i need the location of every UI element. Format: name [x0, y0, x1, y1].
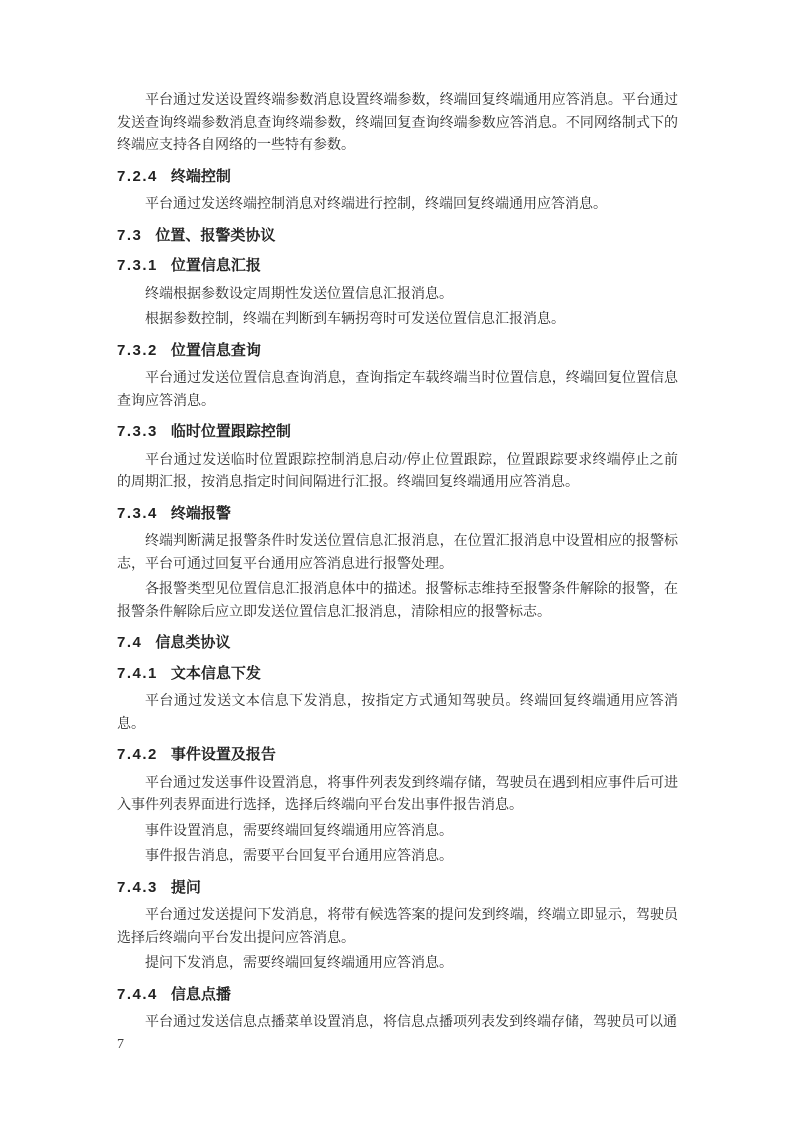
- section-number: 7.2.4: [117, 168, 158, 185]
- section-number: 7.3.1: [117, 257, 158, 274]
- section-heading-7-4-4: 7.4.4信息点播: [117, 984, 678, 1007]
- paragraph: 平台通过发送信息点播菜单设置消息，将信息点播项列表发到终端存储，驾驶员可以通: [117, 1012, 678, 1035]
- section-number: 7.3.3: [117, 423, 158, 440]
- section-title: 文本信息下发: [171, 665, 261, 682]
- paragraph: 平台通过发送提问下发消息，将带有候选答案的提问发到终端，终端立即显示，驾驶员选择…: [117, 905, 678, 950]
- paragraph: 事件设置消息，需要终端回复终端通用应答消息。: [117, 821, 678, 844]
- paragraph: 平台通过发送终端控制消息对终端进行控制，终端回复终端通用应答消息。: [117, 194, 678, 217]
- section-title: 提问: [171, 879, 201, 896]
- section-title: 位置信息查询: [171, 342, 261, 359]
- section-title: 信息类协议: [155, 634, 230, 651]
- section-title: 终端报警: [171, 505, 231, 522]
- section-heading-7-3-4: 7.3.4终端报警: [117, 503, 678, 526]
- section-number: 7.4.4: [117, 986, 158, 1003]
- section-number: 7.4.3: [117, 879, 158, 896]
- section-title: 位置、报警类协议: [155, 227, 275, 244]
- section-number: 7.3.2: [117, 342, 158, 359]
- section-title: 信息点播: [171, 986, 231, 1003]
- document-content: 平台通过发送设置终端参数消息设置终端参数，终端回复终端通用应答消息。平台通过发送…: [117, 90, 678, 1038]
- paragraph: 平台通过发送事件设置消息，将事件列表发到终端存储，驾驶员在遇到相应事件后可进入事…: [117, 773, 678, 818]
- section-title: 终端控制: [171, 168, 231, 185]
- section-heading-7-3-2: 7.3.2位置信息查询: [117, 340, 678, 363]
- section-number: 7.4.2: [117, 746, 158, 763]
- page-number: 7: [117, 1035, 124, 1055]
- section-heading-7-4-1: 7.4.1文本信息下发: [117, 663, 678, 686]
- section-heading-7-2-4: 7.2.4终端控制: [117, 166, 678, 189]
- paragraph: 根据参数控制，终端在判断到车辆拐弯时可发送位置信息汇报消息。: [117, 309, 678, 332]
- section-title: 临时位置跟踪控制: [171, 423, 291, 440]
- section-title: 事件设置及报告: [171, 746, 276, 763]
- paragraph: 平台通过发送临时位置跟踪控制消息启动/停止位置跟踪，位置跟踪要求终端停止之前的周…: [117, 450, 678, 495]
- section-number: 7.3.4: [117, 505, 158, 522]
- section-heading-7-3-1: 7.3.1位置信息汇报: [117, 255, 678, 278]
- section-heading-7-4-3: 7.4.3提问: [117, 877, 678, 900]
- paragraph: 事件报告消息，需要平台回复平台通用应答消息。: [117, 846, 678, 869]
- paragraph: 各报警类型见位置信息汇报消息体中的描述。报警标志维持至报警条件解除的报警，在报警…: [117, 579, 678, 624]
- section-heading-7-4: 7.4信息类协议: [117, 632, 678, 655]
- section-heading-7-4-2: 7.4.2事件设置及报告: [117, 744, 678, 767]
- section-title: 位置信息汇报: [171, 257, 261, 274]
- section-number: 7.4.1: [117, 665, 158, 682]
- paragraph: 平台通过发送文本信息下发消息，按指定方式通知驾驶员。终端回复终端通用应答消息。: [117, 691, 678, 736]
- paragraph: 终端根据参数设定周期性发送位置信息汇报消息。: [117, 284, 678, 307]
- section-heading-7-3: 7.3位置、报警类协议: [117, 225, 678, 248]
- section-number: 7.3: [117, 227, 142, 244]
- section-number: 7.4: [117, 634, 142, 651]
- paragraph: 平台通过发送设置终端参数消息设置终端参数，终端回复终端通用应答消息。平台通过发送…: [117, 90, 678, 158]
- paragraph: 终端判断满足报警条件时发送位置信息汇报消息，在位置汇报消息中设置相应的报警标志，…: [117, 531, 678, 576]
- paragraph: 提问下发消息，需要终端回复终端通用应答消息。: [117, 953, 678, 976]
- document-page: 平台通过发送设置终端参数消息设置终端参数，终端回复终端通用应答消息。平台通过发送…: [0, 0, 794, 1123]
- paragraph: 平台通过发送位置信息查询消息，查询指定车载终端当时位置信息，终端回复位置信息查询…: [117, 368, 678, 413]
- section-heading-7-3-3: 7.3.3临时位置跟踪控制: [117, 421, 678, 444]
